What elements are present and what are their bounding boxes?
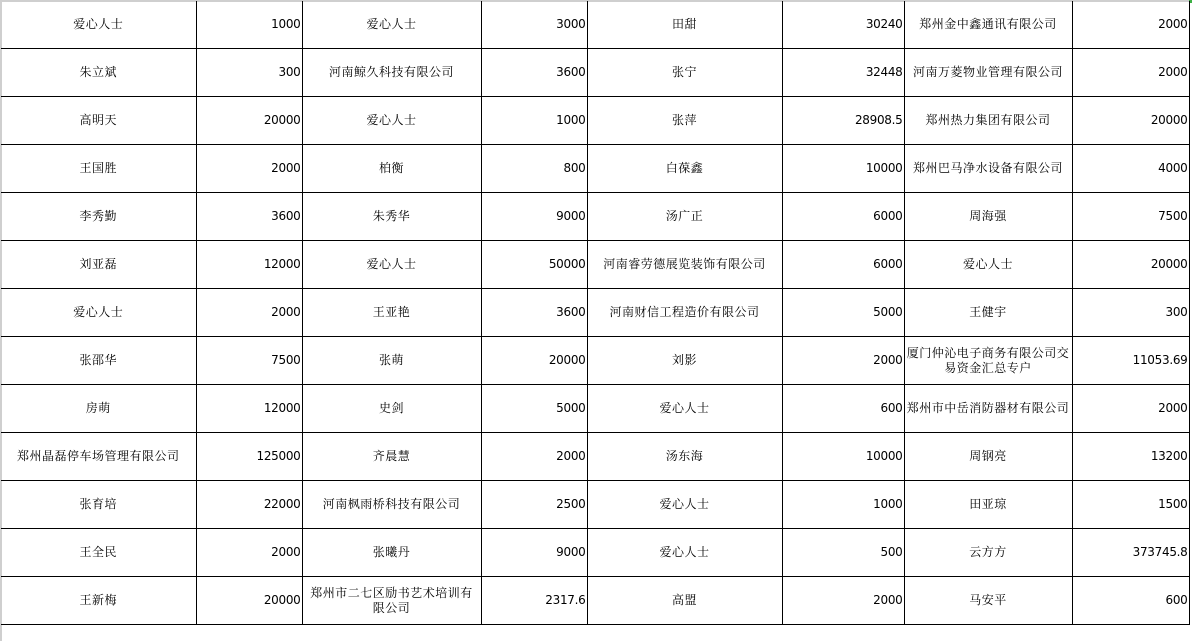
donor-name-cell[interactable]: 郑州市中岳消防器材有限公司 (904, 385, 1072, 433)
donor-name-cell[interactable]: 爱心人士 (587, 481, 782, 529)
amount-cell[interactable]: 20000 (1072, 97, 1189, 145)
amount-cell[interactable]: 2000 (196, 529, 302, 577)
amount-cell[interactable]: 2000 (196, 145, 302, 193)
table-row: 刘亚磊12000爱心人士50000河南睿劳德展览装饰有限公司6000爱心人士20… (1, 241, 1189, 289)
table-row: 高明天20000爱心人士1000张萍28908.5郑州热力集团有限公司20000 (1, 97, 1189, 145)
amount-cell[interactable]: 20000 (196, 577, 302, 625)
donation-table: 爱心人士1000爱心人士3000田甜30240郑州金中鑫通讯有限公司2000朱立… (1, 1, 1190, 625)
amount-cell[interactable]: 9000 (481, 529, 587, 577)
donor-name-cell[interactable]: 云方方 (904, 529, 1072, 577)
donor-name-cell[interactable]: 田甜 (587, 1, 782, 49)
donor-name-cell[interactable]: 张宁 (587, 49, 782, 97)
donor-name-cell[interactable]: 爱心人士 (302, 1, 481, 49)
amount-cell[interactable]: 600 (1072, 577, 1189, 625)
table-row: 爱心人士1000爱心人士3000田甜30240郑州金中鑫通讯有限公司2000 (1, 1, 1189, 49)
donor-name-cell[interactable]: 白葆鑫 (587, 145, 782, 193)
donor-name-cell[interactable]: 王新梅 (1, 577, 196, 625)
donor-name-cell[interactable]: 田亚琼 (904, 481, 1072, 529)
table-row: 张育培22000河南枫雨桥科技有限公司2500爱心人士1000田亚琼1500 (1, 481, 1189, 529)
amount-cell[interactable]: 6000 (782, 193, 904, 241)
donor-name-cell[interactable]: 周钢亮 (904, 433, 1072, 481)
table-row: 张邵华7500张萌20000刘影2000厦门仲沁电子商务有限公司交易资金汇总专户… (1, 337, 1189, 385)
amount-cell[interactable]: 3600 (481, 289, 587, 337)
amount-cell[interactable]: 20000 (481, 337, 587, 385)
donor-name-cell[interactable]: 张邵华 (1, 337, 196, 385)
amount-cell[interactable]: 5000 (782, 289, 904, 337)
donor-name-cell[interactable]: 房萌 (1, 385, 196, 433)
donor-name-cell[interactable]: 马安平 (904, 577, 1072, 625)
donor-name-cell[interactable]: 爱心人士 (587, 385, 782, 433)
amount-cell[interactable]: 4000 (1072, 145, 1189, 193)
donor-name-cell[interactable]: 王国胜 (1, 145, 196, 193)
donor-name-cell[interactable]: 郑州巴马净水设备有限公司 (904, 145, 1072, 193)
donor-name-cell[interactable]: 张育培 (1, 481, 196, 529)
amount-cell[interactable]: 2000 (782, 337, 904, 385)
amount-cell[interactable]: 1000 (782, 481, 904, 529)
amount-cell[interactable]: 10000 (782, 145, 904, 193)
amount-cell[interactable]: 6000 (782, 241, 904, 289)
amount-cell[interactable]: 28908.5 (782, 97, 904, 145)
donor-name-cell[interactable]: 爱心人士 (904, 241, 1072, 289)
donor-name-cell[interactable]: 张曦丹 (302, 529, 481, 577)
amount-cell[interactable]: 32448 (782, 49, 904, 97)
amount-cell[interactable]: 9000 (481, 193, 587, 241)
table-row: 房萌12000史剑5000爱心人士600郑州市中岳消防器材有限公司2000 (1, 385, 1189, 433)
amount-cell[interactable]: 30240 (782, 1, 904, 49)
donor-name-cell[interactable]: 爱心人士 (1, 1, 196, 49)
donor-name-cell[interactable]: 爱心人士 (302, 97, 481, 145)
table-row: 王新梅20000郑州市二七区励书艺术培训有限公司2317.6高盟2000马安平6… (1, 577, 1189, 625)
amount-cell[interactable]: 1000 (481, 97, 587, 145)
donor-name-cell[interactable]: 河南财信工程造价有限公司 (587, 289, 782, 337)
donor-name-cell[interactable]: 周海强 (904, 193, 1072, 241)
amount-cell[interactable]: 2500 (481, 481, 587, 529)
donor-name-cell[interactable]: 爱心人士 (1, 289, 196, 337)
amount-cell[interactable]: 2000 (1072, 1, 1189, 49)
amount-cell[interactable]: 800 (481, 145, 587, 193)
amount-cell[interactable]: 2000 (1072, 49, 1189, 97)
amount-cell[interactable]: 5000 (481, 385, 587, 433)
donor-name-cell[interactable]: 史剑 (302, 385, 481, 433)
amount-cell[interactable]: 7500 (196, 337, 302, 385)
donor-name-cell[interactable]: 王全民 (1, 529, 196, 577)
amount-cell[interactable]: 2000 (481, 433, 587, 481)
donor-name-cell[interactable]: 刘影 (587, 337, 782, 385)
amount-cell[interactable]: 2000 (1072, 385, 1189, 433)
donor-name-cell[interactable]: 高明天 (1, 97, 196, 145)
donor-name-cell[interactable]: 王健宇 (904, 289, 1072, 337)
donor-name-cell[interactable]: 爱心人士 (587, 529, 782, 577)
donor-name-cell[interactable]: 厦门仲沁电子商务有限公司交易资金汇总专户 (904, 337, 1072, 385)
donor-name-cell[interactable]: 刘亚磊 (1, 241, 196, 289)
table-row: 爱心人士2000王亚艳3600河南财信工程造价有限公司5000王健宇300 (1, 289, 1189, 337)
amount-cell[interactable]: 22000 (196, 481, 302, 529)
amount-cell[interactable]: 500 (782, 529, 904, 577)
donor-name-cell[interactable]: 张萍 (587, 97, 782, 145)
amount-cell[interactable]: 300 (196, 49, 302, 97)
donor-name-cell[interactable]: 高盟 (587, 577, 782, 625)
donor-name-cell[interactable]: 齐晨慧 (302, 433, 481, 481)
donor-name-cell[interactable]: 朱秀华 (302, 193, 481, 241)
table-row: 王国胜2000柏衡800白葆鑫10000郑州巴马净水设备有限公司4000 (1, 145, 1189, 193)
amount-cell[interactable]: 20000 (196, 97, 302, 145)
donor-name-cell[interactable]: 郑州热力集团有限公司 (904, 97, 1072, 145)
amount-cell[interactable]: 12000 (196, 385, 302, 433)
donor-name-cell[interactable]: 河南枫雨桥科技有限公司 (302, 481, 481, 529)
donor-name-cell[interactable]: 王亚艳 (302, 289, 481, 337)
donor-name-cell[interactable]: 汤东海 (587, 433, 782, 481)
amount-cell[interactable]: 2000 (782, 577, 904, 625)
donor-name-cell[interactable]: 郑州市二七区励书艺术培训有限公司 (302, 577, 481, 625)
donor-name-cell[interactable]: 朱立斌 (1, 49, 196, 97)
donor-name-cell[interactable]: 河南睿劳德展览装饰有限公司 (587, 241, 782, 289)
amount-cell[interactable]: 2000 (196, 289, 302, 337)
donor-name-cell[interactable]: 柏衡 (302, 145, 481, 193)
donor-name-cell[interactable]: 郑州晶磊停车场管理有限公司 (1, 433, 196, 481)
amount-cell[interactable]: 7500 (1072, 193, 1189, 241)
amount-cell[interactable]: 1000 (196, 1, 302, 49)
amount-cell[interactable]: 300 (1072, 289, 1189, 337)
amount-cell[interactable]: 3000 (481, 1, 587, 49)
amount-cell[interactable]: 10000 (782, 433, 904, 481)
amount-cell[interactable]: 3600 (196, 193, 302, 241)
amount-cell[interactable]: 11053.69 (1072, 337, 1189, 385)
amount-cell[interactable]: 13200 (1072, 433, 1189, 481)
donor-name-cell[interactable]: 郑州金中鑫通讯有限公司 (904, 1, 1072, 49)
donor-name-cell[interactable]: 张萌 (302, 337, 481, 385)
donor-name-cell[interactable]: 爱心人士 (302, 241, 481, 289)
donor-name-cell[interactable]: 河南万菱物业管理有限公司 (904, 49, 1072, 97)
donor-name-cell[interactable]: 汤广正 (587, 193, 782, 241)
amount-cell[interactable]: 12000 (196, 241, 302, 289)
spreadsheet: 爱心人士1000爱心人士3000田甜30240郑州金中鑫通讯有限公司2000朱立… (0, 0, 1192, 641)
donor-name-cell[interactable]: 李秀勤 (1, 193, 196, 241)
amount-cell[interactable]: 125000 (196, 433, 302, 481)
amount-cell[interactable]: 600 (782, 385, 904, 433)
table-row: 朱立斌300河南鲸久科技有限公司3600张宁32448河南万菱物业管理有限公司2… (1, 49, 1189, 97)
amount-cell[interactable]: 1500 (1072, 481, 1189, 529)
table-row: 王全民2000张曦丹9000爱心人士500云方方373745.8 (1, 529, 1189, 577)
amount-cell[interactable]: 373745.8 (1072, 529, 1189, 577)
donor-name-cell[interactable]: 河南鲸久科技有限公司 (302, 49, 481, 97)
amount-cell[interactable]: 20000 (1072, 241, 1189, 289)
table-row: 郑州晶磊停车场管理有限公司125000齐晨慧2000汤东海10000周钢亮132… (1, 433, 1189, 481)
amount-cell[interactable]: 2317.6 (481, 577, 587, 625)
table-row: 李秀勤3600朱秀华9000汤广正6000周海强7500 (1, 193, 1189, 241)
amount-cell[interactable]: 3600 (481, 49, 587, 97)
amount-cell[interactable]: 50000 (481, 241, 587, 289)
